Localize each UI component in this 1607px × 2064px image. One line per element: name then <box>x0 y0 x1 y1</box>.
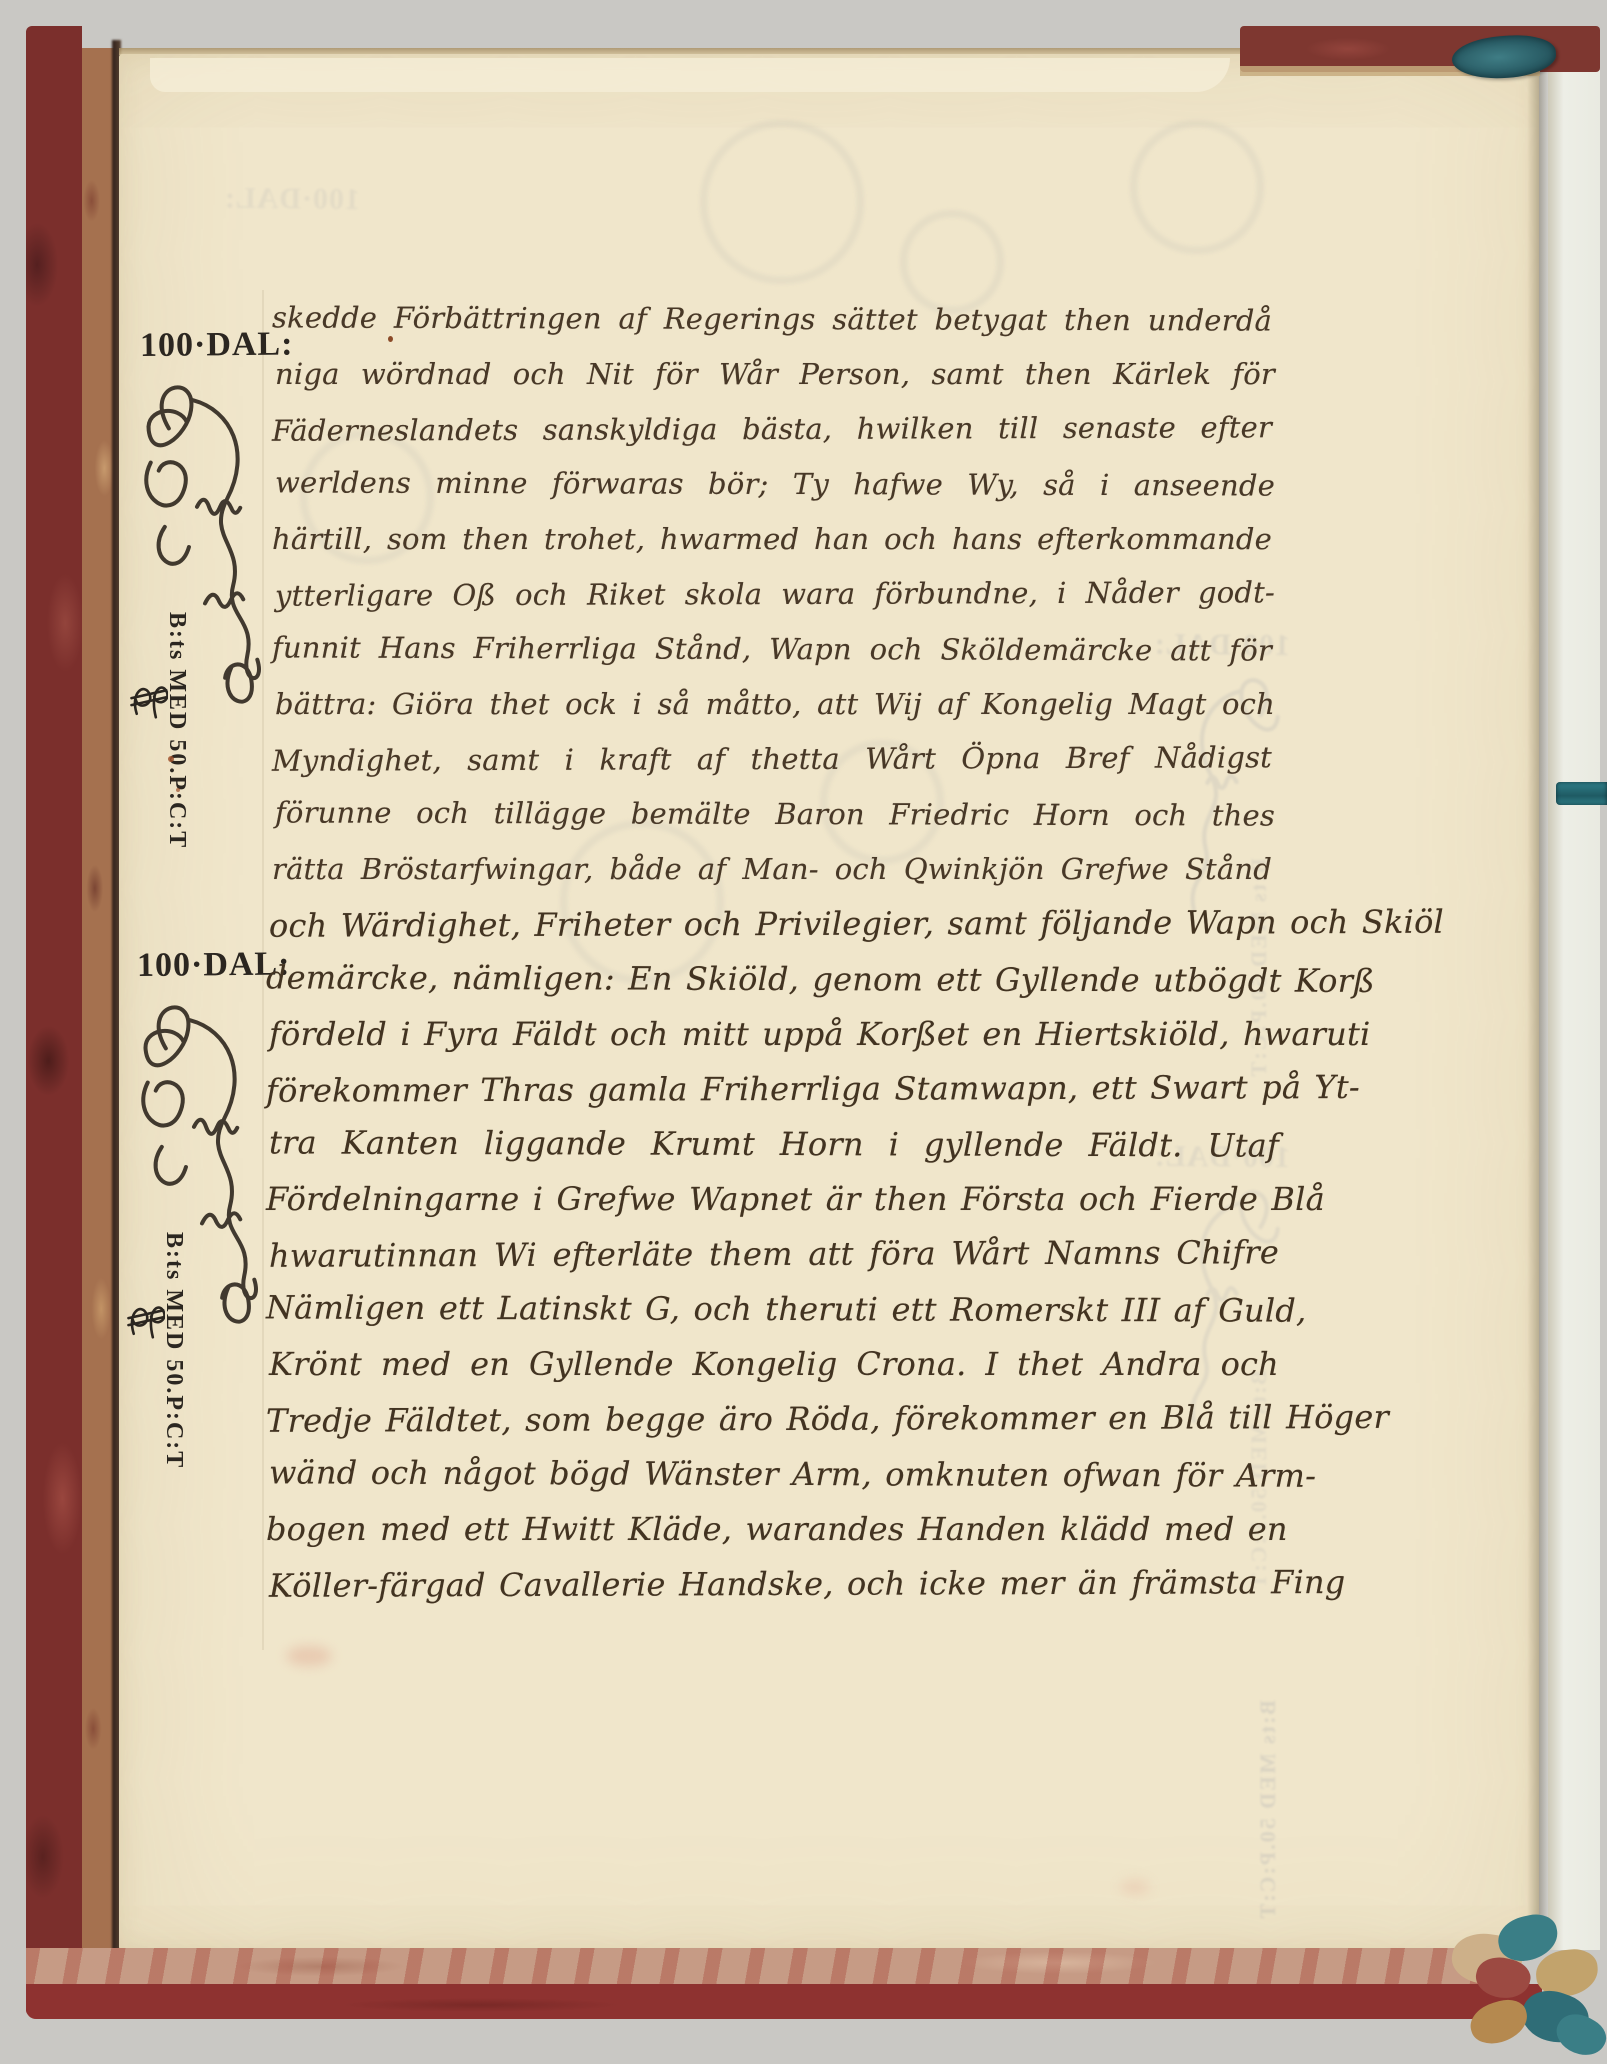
manuscript-line: Köller-färgad Cavallerie Handske, och ic… <box>269 1555 1279 1614</box>
bleedthrough-stamp: 100·DAL: <box>170 182 360 292</box>
ink-speck <box>176 788 180 792</box>
bleedthrough-swirl <box>700 120 864 284</box>
manuscript-line: skedde Förbättringen af Regerings sättet… <box>272 290 1272 348</box>
bleedthrough-swirl <box>1130 120 1264 254</box>
duty-mark-flourish-icon <box>125 1296 165 1342</box>
manuscript-line: Krönt med en Gyllende Kongelig Crona. I … <box>269 1337 1279 1392</box>
manuscript-line: funnit Hans Friherrliga Stånd, Wapn och … <box>272 620 1272 678</box>
signature-flourish-icon <box>134 366 266 718</box>
manuscript-line: bogen med ett Hwitt Kläde, warandes Hand… <box>266 1502 1276 1557</box>
bottom-cover-leather <box>26 1984 1542 2019</box>
manuscript-line: härtill, som then trohet, hwarmed han oc… <box>272 512 1272 567</box>
pink-smudge <box>286 1646 332 1666</box>
bottom-marbled-edge <box>26 1948 1500 1985</box>
under-sheet-edge <box>150 58 1230 92</box>
ribbon-marker <box>1556 782 1607 805</box>
manuscript-line: rätta Bröstarfwingar, både af Man- och Q… <box>272 842 1272 897</box>
corner-thread-cluster <box>1452 1906 1607 2048</box>
manuscript-line: wänd och något bögd Wänster Arm, omknute… <box>269 1445 1279 1503</box>
manuscript-line: ytterligare Oß och Riket skola wara förb… <box>275 565 1275 623</box>
manuscript-line: Fördelningarne i Grefwe Wapnet är then F… <box>266 1172 1276 1227</box>
manuscript-text-block: skedde Förbättringen af Regerings sättet… <box>272 292 1284 1612</box>
stamp-duty-text: B:ts MED 50.P:C:T <box>160 1232 187 1469</box>
manuscript-line: Myndighet, samt i kraft af thetta Wårt Ö… <box>272 730 1272 788</box>
ink-speck <box>388 336 393 342</box>
manuscript-line: demärcke, nämligen: En Skiöld, genom ett… <box>266 950 1276 1008</box>
manuscript-line: tra Kanten liggande Krumt Horn i gyllend… <box>269 1115 1279 1173</box>
stamp-duty-text: B:ts MED 50.P:C:T <box>163 612 190 849</box>
torn-paper-blob <box>1466 1995 1533 2048</box>
scanned-book-page: 100·DAL: 100·DAL: B:ts MED 50.P:C:T <box>0 0 1607 2048</box>
manuscript-line: niga wördnad och Nit för Wår Person, sam… <box>275 347 1275 402</box>
spine-marbled-strip <box>82 48 114 1958</box>
manuscript-line: förunne och tillägge bemälte Baron Fried… <box>275 785 1275 843</box>
spine-leather-edge <box>26 26 82 2016</box>
signature-flourish-icon <box>131 986 263 1338</box>
manuscript-line: Fäderneslandets sanskyldiga bästa, hwilk… <box>272 400 1272 458</box>
manuscript-line: fördeld i Fyra Fäldt och mitt uppå Korße… <box>269 1007 1279 1062</box>
manuscript-line: och Wärdighet, Friheter och Privilegier,… <box>269 895 1279 954</box>
pink-smudge <box>1120 1880 1150 1894</box>
manuscript-line: hwarutinnan Wi efterläte them att föra W… <box>269 1225 1279 1284</box>
manuscript-line: bättra: Giöra thet ock i så måtto, att W… <box>275 677 1275 732</box>
fore-edge-shadow <box>1527 60 1549 1950</box>
bleedthrough-duty-text: B:ts MED 50.P:C:T <box>1255 1700 1281 1920</box>
facing-page <box>1548 70 1600 1950</box>
manuscript-line: Nämligen ett Latinskt G, och theruti ett… <box>266 1280 1276 1338</box>
manuscript-line: förekommer Thras gamla Friherrliga Stamw… <box>266 1060 1276 1119</box>
ink-speck <box>168 756 174 762</box>
manuscript-line: werldens minne förwaras bör; Ty hafwe Wy… <box>275 455 1275 513</box>
duty-mark-flourish-icon <box>128 676 168 722</box>
manuscript-line: Tredje Fäldtet, som begge äro Röda, före… <box>266 1390 1276 1449</box>
bleedthrough-stamp-text: 100·DAL: <box>170 181 360 217</box>
